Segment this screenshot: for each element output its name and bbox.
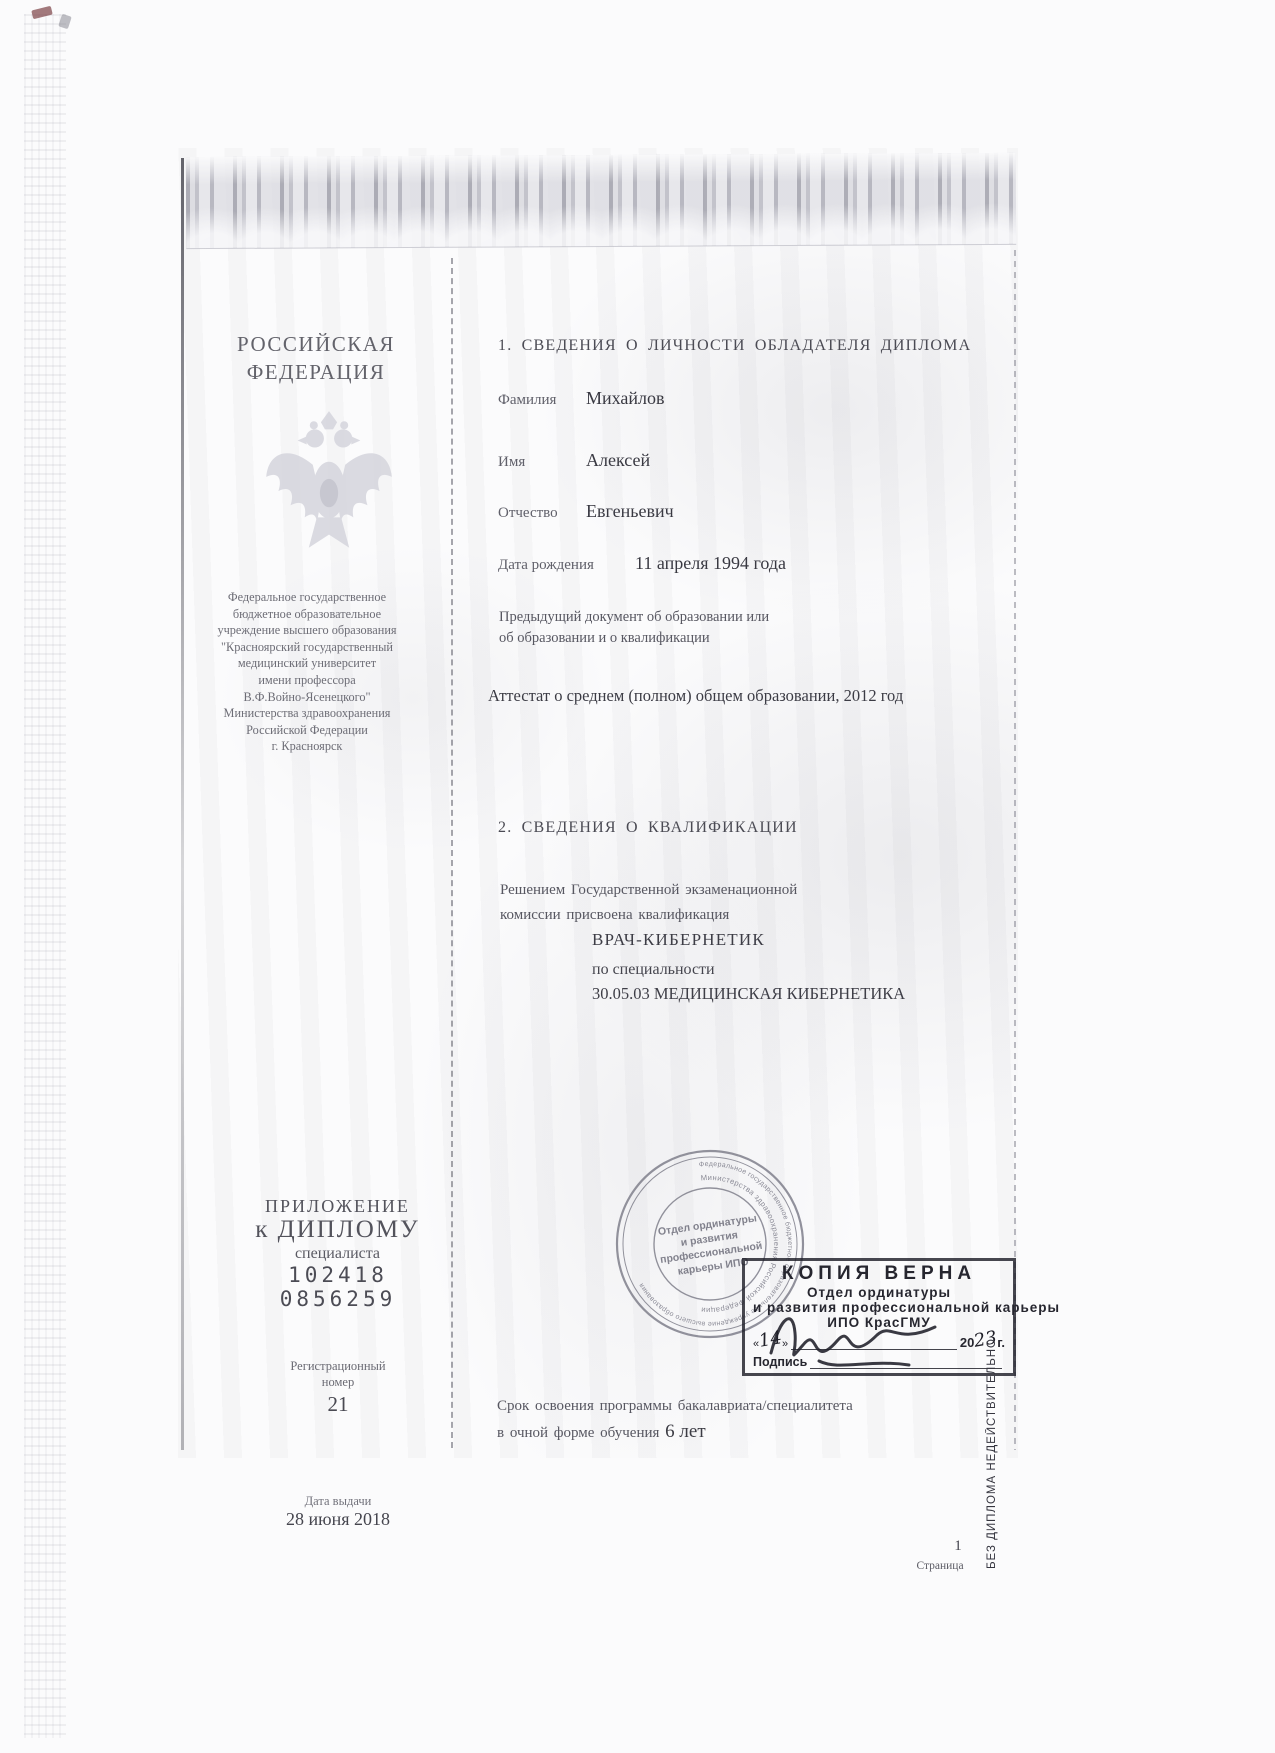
study-duration-label: в очной форме обучения xyxy=(497,1425,659,1441)
side-note-vertical-text: БЕЗ ДИПЛОМА НЕДЕЙСТВИТЕЛЬНО xyxy=(986,1345,998,1563)
issue-date-label: Дата выдачи xyxy=(263,1494,413,1509)
surname-label: Фамилия xyxy=(498,392,582,409)
corner-smudge-gray xyxy=(58,14,72,29)
university-line: имени профессора xyxy=(193,672,421,689)
copy-stamp-line2: и развития профессиональной карьеры xyxy=(753,1300,1005,1315)
copy-stamp-signature-row: Подпись xyxy=(753,1350,1005,1369)
signature-underline xyxy=(810,1355,1002,1369)
copy-stamp-line3: ИПО КрасГМУ xyxy=(753,1315,1005,1330)
form-serial-number: 102418 0856259 xyxy=(222,1263,454,1311)
university-line: Российской Федерации xyxy=(193,722,421,739)
signature-label: Подпись xyxy=(753,1355,807,1369)
registration-number-value: 21 xyxy=(243,1392,433,1417)
supplement-title-line1: ПРИЛОЖЕНИЕ xyxy=(225,1196,450,1217)
registration-label-line1: Регистрационный xyxy=(243,1358,433,1374)
patronymic-label: Отчество xyxy=(498,505,582,522)
study-duration-line1: Срок освоения программы бакалавриата/спе… xyxy=(497,1398,853,1415)
university-line: В.Ф.Войно-Ясенецкого" xyxy=(193,689,421,706)
previous-document-label-line1: Предыдущий документ об образовании или xyxy=(499,607,769,628)
university-line: бюджетное образовательное xyxy=(193,606,421,623)
scan-edge-artifact xyxy=(24,14,66,1738)
previous-document-label-line2: об образовании и о квалификации xyxy=(499,628,769,649)
qualification-value: ВРАЧ-КИБЕРНЕТИК xyxy=(592,930,765,950)
birthdate-label: Дата рождения xyxy=(498,557,631,574)
scanned-diploma-supplement: РОССИЙСКАЯ ФЕДЕРАЦИЯ Федеральное государ… xyxy=(0,0,1275,1753)
firstname-value: Алексей xyxy=(586,450,650,470)
specialty-value: 30.05.03 МЕДИЦИНСКАЯ КИБЕРНЕТИКА xyxy=(592,984,905,1004)
surname-value: Михайлов xyxy=(586,388,665,408)
patronymic-value: Евгеньевич xyxy=(586,501,674,521)
coat-of-arms-icon xyxy=(256,404,402,566)
university-line: медицинский университет xyxy=(193,655,421,672)
university-line: Федеральное государственное xyxy=(193,589,421,606)
university-line: Министерства здравоохранения xyxy=(193,705,421,722)
handwritten-day: 14 xyxy=(758,1330,783,1350)
copy-certified-stamp: КОПИЯ ВЕРНА Отдел ординатуры и развития … xyxy=(742,1258,1016,1376)
copy-stamp-date-row: « 14 » 20 23 г. xyxy=(753,1331,1005,1350)
country-line-1: РОССИЙСКАЯ xyxy=(203,330,429,358)
guilloche-ornament-band xyxy=(186,153,1016,249)
study-duration-line2: в очной форме обучения 6 лет xyxy=(497,1421,706,1443)
copy-stamp-title: КОПИЯ ВЕРНА xyxy=(753,1263,1005,1285)
copy-stamp-line1: Отдел ординатуры xyxy=(753,1285,1005,1300)
decision-line1: Решением Государственной экзаменационной xyxy=(500,878,797,903)
firstname-label: Имя xyxy=(498,454,582,471)
country-line-2: ФЕДЕРАЦИЯ xyxy=(203,358,429,386)
supplement-title-line2: к ДИПЛОМУ xyxy=(225,1216,450,1244)
page-spine-line xyxy=(181,158,184,1450)
country-title: РОССИЙСКАЯ ФЕДЕРАЦИЯ xyxy=(203,330,429,386)
field-row-firstname: Имя Алексей xyxy=(498,450,650,471)
previous-document-value: Аттестат о среднем (полном) общем образо… xyxy=(488,686,903,706)
registration-number-label: Регистрационный номер xyxy=(243,1358,433,1390)
field-row-surname: Фамилия Михайлов xyxy=(498,388,665,409)
decision-line2: комиссии присвоена квалификация xyxy=(500,903,797,928)
date-underline xyxy=(791,1336,957,1350)
specialty-label: по специальности xyxy=(592,961,715,979)
university-name-block: Федеральное государственное бюджетное об… xyxy=(193,589,421,755)
year-prefix: 20 xyxy=(960,1335,974,1350)
section1-title: 1. СВЕДЕНИЯ О ЛИЧНОСТИ ОБЛАДАТЕЛЯ ДИПЛОМ… xyxy=(498,337,971,355)
page-number-label: Страница xyxy=(905,1560,975,1572)
university-line: г. Красноярск xyxy=(193,738,421,755)
field-row-birthdate: Дата рождения 11 апреля 1994 года xyxy=(498,553,786,574)
university-line: "Красноярский государственный xyxy=(193,639,421,656)
issue-date-value: 28 июня 2018 xyxy=(240,1509,436,1530)
birthdate-value: 11 апреля 1994 года xyxy=(635,553,786,573)
field-row-patronymic: Отчество Евгеньевич xyxy=(498,501,674,522)
study-duration-value: 6 лет xyxy=(665,1421,705,1442)
supplement-title-line3: специалиста xyxy=(225,1245,450,1263)
registration-label-line2: номер xyxy=(243,1374,433,1390)
page-number: 1 xyxy=(948,1538,968,1555)
section2-title: 2. СВЕДЕНИЯ О КВАЛИФИКАЦИИ xyxy=(498,819,798,837)
qualification-decision-text: Решением Государственной экзаменационной… xyxy=(500,878,797,927)
university-line: учреждение высшего образования xyxy=(193,622,421,639)
previous-document-label: Предыдущий документ об образовании или о… xyxy=(499,607,769,648)
